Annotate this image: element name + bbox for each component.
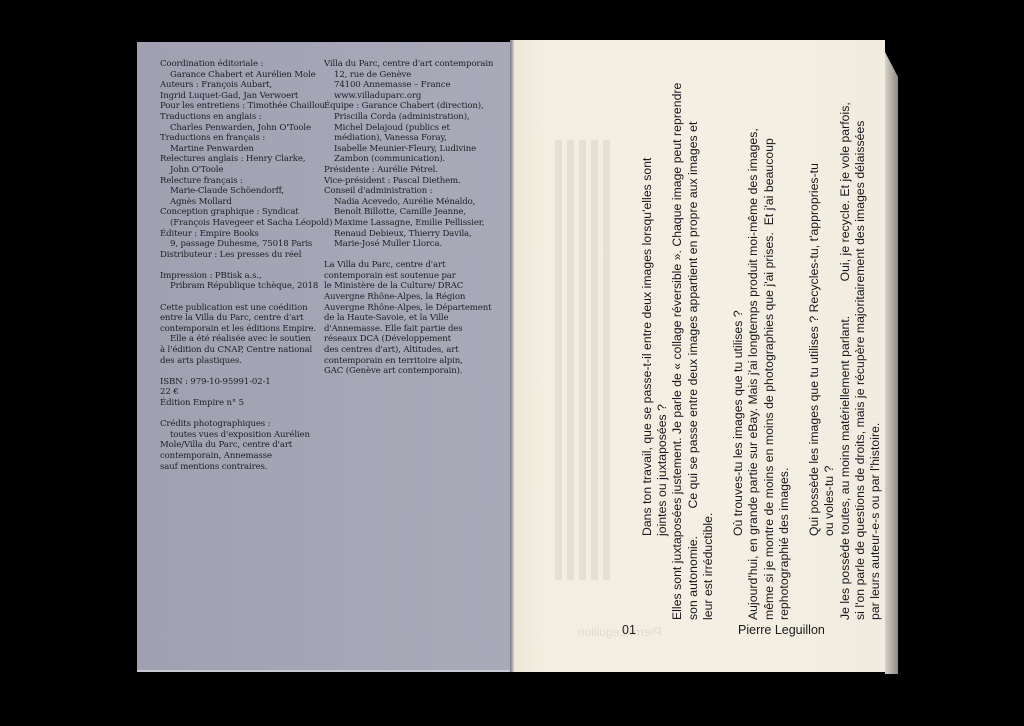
colophon-line: entre la Villa du Parc, centre d'art (160, 313, 320, 324)
colophon-line (160, 409, 320, 420)
colophon-line: John O'Toole (160, 165, 320, 176)
colophon-line (324, 250, 494, 261)
interview-text-rotated: Dans ton travail, que se passe-t-il entr… (640, 60, 890, 620)
colophon-line: Michel Delajoud (publics et (324, 123, 494, 134)
interview-answer-line: même si je montre de moins en moins de p… (762, 60, 777, 620)
interview-question-line: jointes ou juxtaposées ? (655, 60, 670, 620)
colophon-line: Traductions en anglais : (160, 112, 320, 123)
colophon-line: (François Havegeer et Sacha Léopold) (160, 218, 320, 229)
colophon-line: Mole/Villa du Parc, centre d'art (160, 440, 320, 451)
colophon-line: Distributeur : Les presses du réel (160, 250, 320, 261)
colophon-line: Relectures anglais : Henry Clarke, (160, 154, 320, 165)
colophon-line (160, 260, 320, 271)
colophon-line: Isabelle Meunier-Fleury, Ludivine (324, 144, 494, 155)
colophon-line: Auvergne Rhône-Alpes, la Région (324, 292, 494, 303)
colophon-line: Relecture français : (160, 176, 320, 187)
interview-answer-line: par leurs auteur-e-s ou par l'histoire. (868, 60, 883, 620)
colophon-line: le Ministère de la Culture/ DRAC (324, 281, 494, 292)
colophon-line: d'Annemasse. Elle fait partie des (324, 324, 494, 335)
colophon-line: Ingrid Luquet-Gad, Jan Verwoert (160, 91, 320, 102)
colophon-line: contemporain, Annemasse (160, 451, 320, 462)
colophon-line: Conception graphique : Syndicat (160, 207, 320, 218)
colophon-line: réseaux DCA (Développement (324, 334, 494, 345)
colophon-column-1: Coordination éditoriale :Garance Chabert… (160, 59, 320, 472)
colophon-line (160, 292, 320, 303)
interview-answer-line: rephotographié des images. (777, 60, 792, 620)
page-number: 01 (622, 623, 636, 637)
colophon-line: 22 € (160, 387, 320, 398)
colophon-line: Priscilla Corda (administration), (324, 112, 494, 123)
interview-answer-line: leur est irréductible. (701, 60, 716, 620)
colophon-line: Coordination éditoriale : (160, 59, 320, 70)
colophon-line: Présidente : Aurélie Pétrel. (324, 165, 494, 176)
colophon-line: Marie-Claude Schöendorff, (160, 186, 320, 197)
left-page-colophon: Coordination éditoriale :Garance Chabert… (137, 42, 511, 672)
colophon-line: de la Haute-Savoie, et la Ville (324, 313, 494, 324)
colophon-line: Nadia Acevedo, Aurélie Ménaldo, (324, 197, 494, 208)
colophon-line: GAC (Genève art contemporain). (324, 366, 494, 377)
colophon-line: Marie-José Muller Llorca. (324, 239, 494, 250)
colophon-line: Cette publication est une coédition (160, 303, 320, 314)
colophon-line: La Villa du Parc, centre d'art (324, 260, 494, 271)
colophon-line: contemporain est soutenue par (324, 271, 494, 282)
colophon-line: contemporain en territoire alpin, (324, 356, 494, 367)
colophon-line: Pribram République tchèque, 2018 (160, 281, 320, 292)
colophon-line: Vice-président : Pascal Diethem. (324, 176, 494, 187)
colophon-line: 9, passage Duhesme, 75018 Paris (160, 239, 320, 250)
colophon-line: Benoît Billotte, Camille Jeanne, (324, 207, 494, 218)
colophon-line: Crédits photographiques : (160, 419, 320, 430)
interview-answer-line: si l'on parle de questions de droits, ma… (853, 60, 868, 620)
interview-question-line: Où trouves-tu les images que tu utilises… (731, 60, 746, 620)
colophon-line: sauf mentions contraires. (160, 462, 320, 473)
colophon-line (160, 366, 320, 377)
running-author-name: Pierre Leguillon (738, 623, 825, 637)
colophon-line: Équipe : Garance Chabert (direction), (324, 101, 494, 112)
colophon-line: des arts plastiques. (160, 356, 320, 367)
show-through-text (555, 140, 615, 580)
colophon-line: Renaud Debieux, Thierry Davila, (324, 229, 494, 240)
colophon-line: www.villaduparc.org (324, 91, 494, 102)
interview-answer-line: son autonomie. Ce qui se passe entre deu… (686, 60, 701, 620)
colophon-line: Impression : PBtisk a.s., (160, 271, 320, 282)
colophon-line: ISBN : 979-10-95991-02-1 (160, 377, 320, 388)
colophon-line: des centres d'art), Altitudes, art (324, 345, 494, 356)
colophon-line: Maxime Lassagne, Emilie Pellissier, (324, 218, 494, 229)
interview-answer-line: Je les possède toutes, au moins matériel… (838, 60, 853, 620)
colophon-line: Garance Chabert et Aurélien Mole (160, 70, 320, 81)
interview-question-line: ou voles-tu ? (822, 60, 837, 620)
colophon-line: Elle a été réalisée avec le soutien (160, 334, 320, 345)
colophon-line: Villa du Parc, centre d'art contemporain (324, 59, 494, 70)
colophon-line: Conseil d'administration : (324, 186, 494, 197)
interview-question-line: Dans ton travail, que se passe-t-il entr… (640, 60, 655, 620)
colophon-line: Éditeur : Empire Books (160, 229, 320, 240)
colophon-line: à l'édition du CNAP, Centre national (160, 345, 320, 356)
colophon-line: Charles Penwarden, John O'Toole (160, 123, 320, 134)
interview-body: Dans ton travail, que se passe-t-il entr… (640, 60, 883, 620)
colophon-line: Édition Empire n° 5 (160, 398, 320, 409)
book-gutter (510, 40, 514, 672)
interview-answer-line: Elles sont juxtaposées justement. Je par… (670, 60, 685, 620)
colophon-line: Zambon (communication). (324, 154, 494, 165)
show-through-folio: Pierre Leguillon (578, 625, 661, 639)
colophon-line: toutes vues d'exposition Aurélien (160, 430, 320, 441)
colophon-line: Martine Penwarden (160, 144, 320, 155)
colophon-line: Auteurs : François Aubart, (160, 80, 320, 91)
colophon-line: contemporain et les éditions Empire. (160, 324, 320, 335)
colophon-line: Traductions en français : (160, 133, 320, 144)
colophon-column-2: Villa du Parc, centre d'art contemporain… (324, 59, 494, 377)
colophon-line: Agnès Mollard (160, 197, 320, 208)
colophon-line: médiation), Vanessa Foray, (324, 133, 494, 144)
colophon-line: 74100 Annemasse – France (324, 80, 494, 91)
colophon-line: 12, rue de Genève (324, 70, 494, 81)
interview-answer-line: Aujourd'hui, en grande partie sur eBay. … (746, 60, 761, 620)
colophon-line: Pour les entretiens : Timothée Chaillou (160, 101, 320, 112)
interview-question-line: Qui possède les images que tu utilises ?… (807, 60, 822, 620)
colophon-line: Auvergne Rhône-Alpes, le Département (324, 303, 494, 314)
